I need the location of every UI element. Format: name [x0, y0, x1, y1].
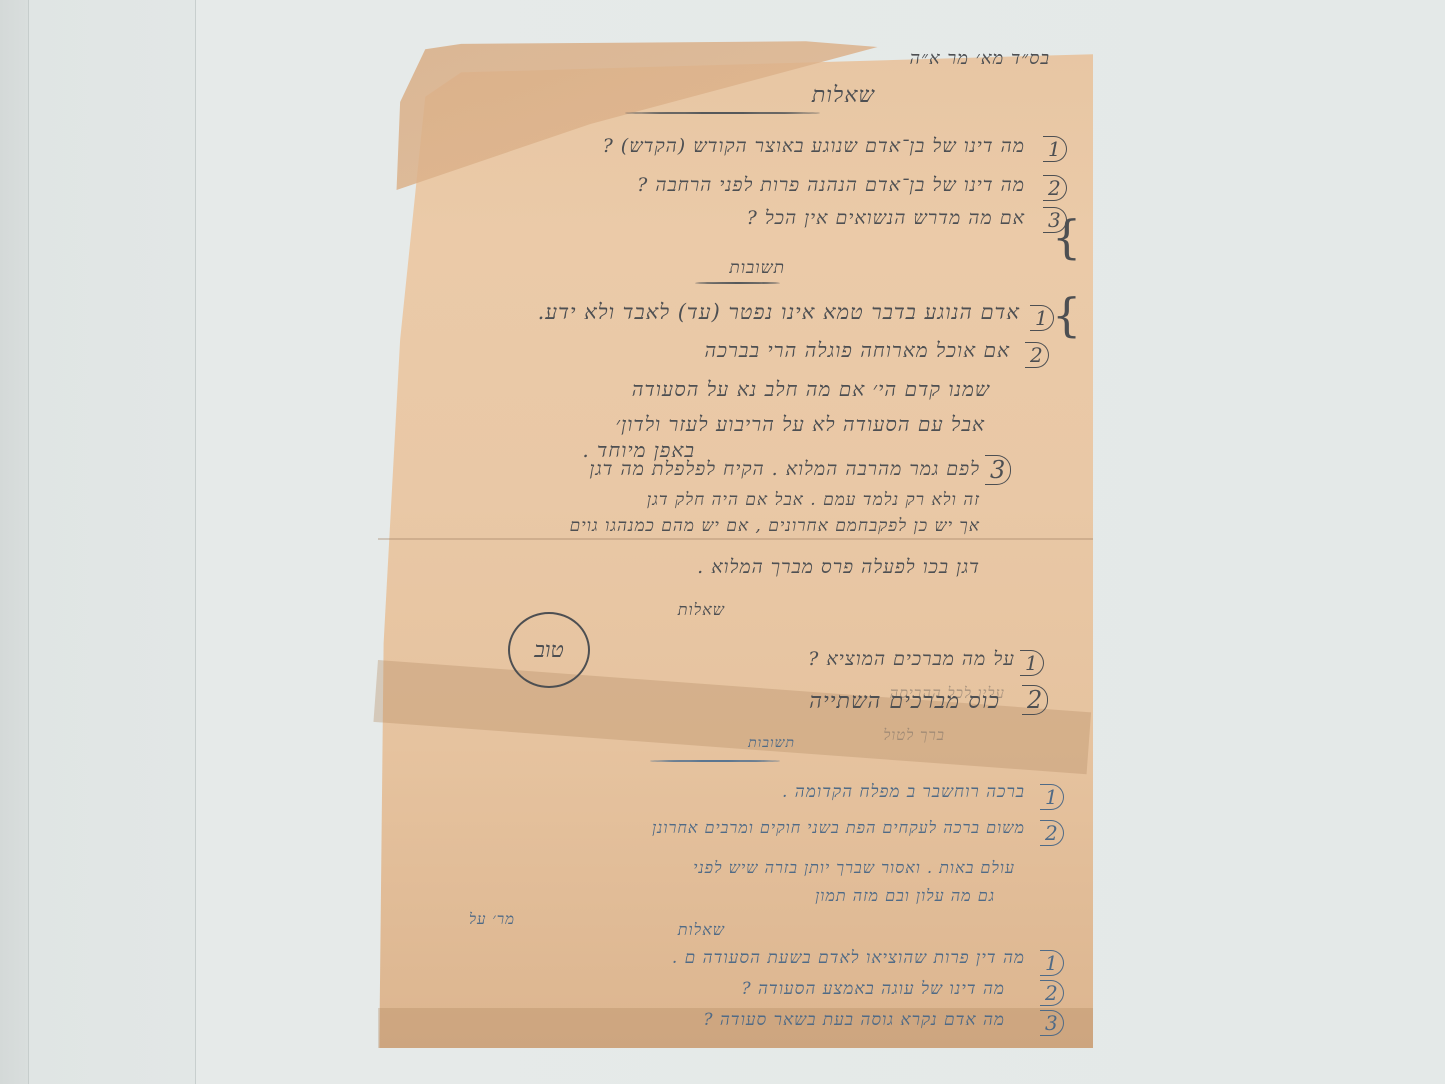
- answer-3-line: אך יש כן לפקבחמם אחרונים , אם יש מהם כמנ…: [570, 516, 980, 536]
- answers-underline: [650, 760, 780, 762]
- bracket-mark: {: [1052, 288, 1081, 342]
- question-number: 2: [1040, 980, 1064, 1006]
- circled-grade-mark: טוב: [508, 612, 590, 688]
- question-3: מה אדם נקרא גוסה בעת בשאר סעודה ?: [703, 1010, 1005, 1030]
- answers-heading: תשובות: [729, 258, 785, 278]
- paper-fold-line: [378, 538, 1093, 540]
- answer-2-line: גם מה עלון ובם מזה תמון: [815, 886, 995, 906]
- answer-2-line: אם אוכל מארוחה פוגלה הרי בברכה: [704, 338, 1010, 363]
- question-number: 2: [1043, 175, 1067, 201]
- bracket-mark: {: [1052, 210, 1081, 264]
- question-2: כוס מברכים השתייה: [809, 688, 1000, 714]
- answers-heading: תשובות: [748, 735, 795, 752]
- header-title: שאלות: [812, 82, 875, 108]
- answer-number: 2: [1040, 820, 1064, 846]
- answer-number: 2: [1025, 342, 1049, 368]
- answer-3-line: לפם גמר מהרבה המלוא . הקיח לפלפלת מה דגן: [590, 458, 981, 481]
- answer-3-line: דגן בכו לפעלה פרס מברך המלוא .: [697, 556, 980, 579]
- answer-number: 1: [1030, 305, 1054, 331]
- answer-2-line: שמנו קדם הי׳ אם מה חלב נא על הסעודה: [632, 377, 990, 402]
- questions-heading: שאלות: [678, 920, 725, 940]
- answer-2-line: אבל עם הסעודה לא על הריבוע לעזר ולדון׳: [616, 412, 985, 437]
- question-number: 1: [1040, 950, 1064, 976]
- questions-heading: שאלות: [678, 600, 725, 620]
- answers-underline: [695, 282, 780, 284]
- question-number: 1: [1020, 650, 1044, 676]
- question-3: אם מה מדרש הנשואים אין הכל ?: [747, 207, 1025, 230]
- question-number: 3: [1040, 1010, 1064, 1036]
- answer-2-line: עולם באות . ואסור שברך יותן בזרה שיש לפנ…: [693, 858, 1015, 878]
- header-top-line: בס״ד מא׳ מר א״ה: [909, 48, 1050, 69]
- answer-1: ברכה רוחשבר ב מפלח הקדומה .: [782, 782, 1025, 802]
- side-note: מר׳ על: [469, 910, 515, 929]
- answer-3-line: זה ולא רק נלמד עמם . אבל אם היה חלק דגן: [647, 490, 980, 510]
- answer-2-line: משום ברכה לעקחים הפת בשני חוקים ומרבים א…: [652, 818, 1025, 838]
- faint-margin-text: ברך לטול: [883, 726, 945, 745]
- question-1: מה דינו של בן־אדם שנוגע באוצר הקודש (הקד…: [603, 135, 1025, 158]
- answer-number: 1: [1040, 784, 1064, 810]
- answer-1: אדם הנוגע בדבר טמא אינו נפטר (עד) לאבד ו…: [538, 300, 1020, 325]
- question-1: מה דין פרות שהוציאו לאדם בשעת הסעודה ם .: [672, 948, 1025, 968]
- question-2: מה דינו של בן־אדם הנהנה פרות לפני הרחבה …: [637, 174, 1025, 197]
- question-2: מה דינו של עוגה באמצע הסעודה ?: [741, 979, 1005, 999]
- question-1: על מה מברכים המוציא ?: [808, 648, 1015, 671]
- backdrop-seam: [28, 0, 29, 1084]
- question-number: 1: [1043, 136, 1067, 162]
- backdrop-seam: [195, 0, 196, 1084]
- title-underline: [625, 112, 820, 114]
